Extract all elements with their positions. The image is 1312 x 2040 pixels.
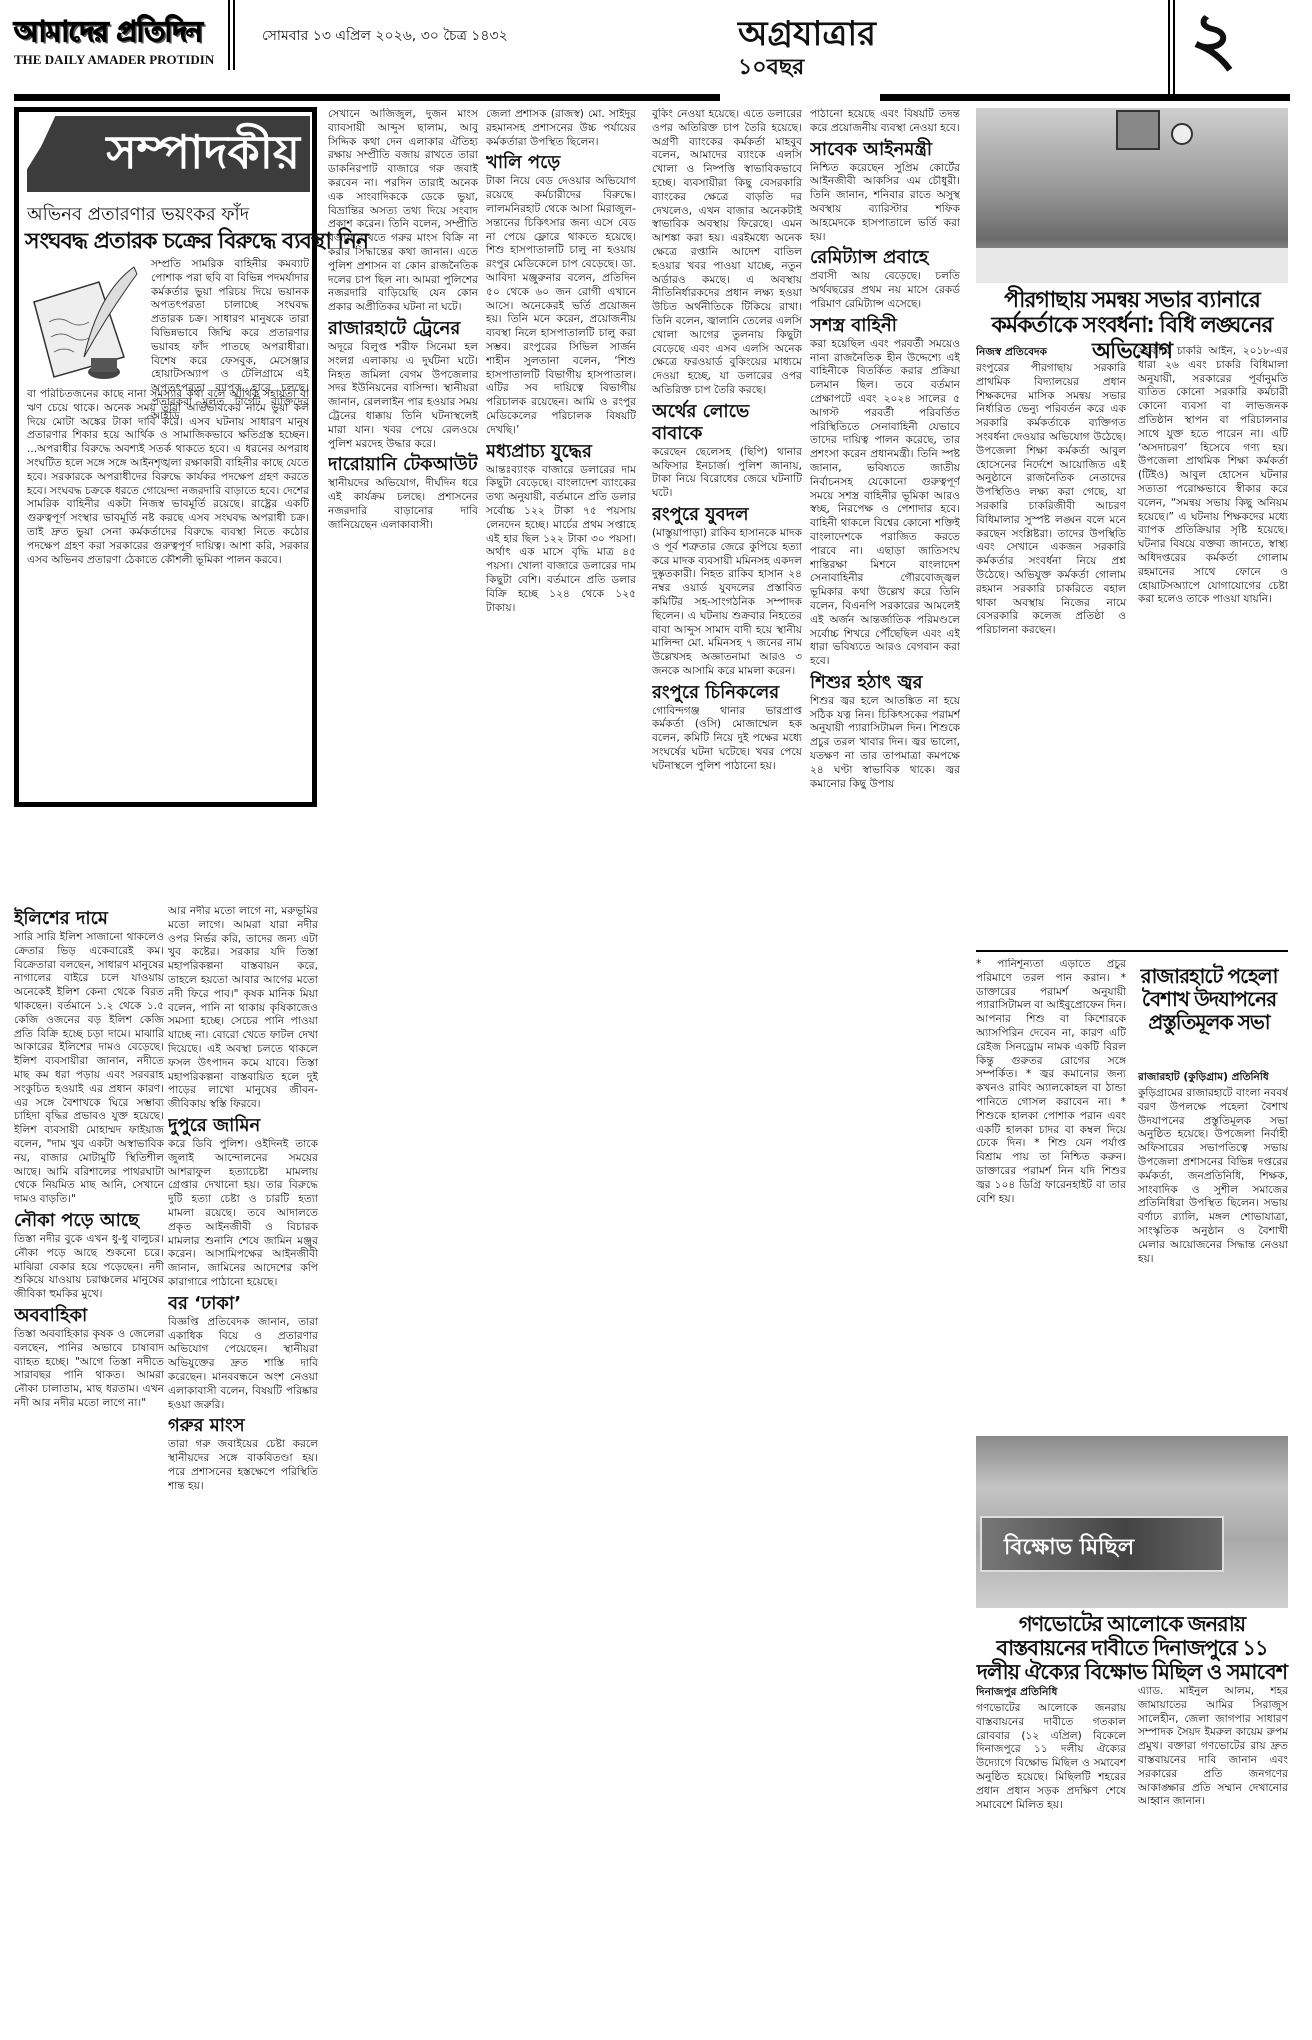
article-body: তিস্তা নদীর বুকে এখন ধু-ধু বালুচর। নৌকা … [14, 1233, 164, 1302]
protest-banner-text: বিক্ষোভ মিছিল [1004, 1530, 1134, 1567]
section-subhead: রাজারহাটে ট্রেনের [328, 318, 478, 340]
article-body: নিশ্চিত করেছেন সুপ্রিম কোর্টের আইনজীবী আ… [810, 162, 960, 245]
article-headline: গণভোটের আলোকে জনরায় বাস্তবায়নের দাবীতে… [976, 1612, 1288, 1684]
article-body: করেছেন ছেলেসহ (ছিপি) থানার অফিসার ইনচার্… [652, 446, 802, 501]
section-divider [976, 950, 1288, 952]
section-subhead: শিশুর হঠাৎ জ্বর [810, 672, 960, 694]
article-body: তারা গরু জবাইয়ের চেষ্টা করলে স্থানীয়দে… [168, 1438, 318, 1493]
section-subhead: অর্থের লোভে বাবাকে [652, 401, 802, 445]
column-6c: * পানিশূন্যতা এড়াতে প্রচুর পরিমাণে তরল … [976, 958, 1126, 1378]
editorial-body: বা পরিচিতজনের কাছে নানা সমস্যার কথা বলে … [27, 388, 309, 798]
column-6e: দিনাজপুর প্রতিনিধি গণভোটের আলোকে জনরায় … [976, 1685, 1126, 2025]
column-6a: নিজস্ব প্রতিবেদক রংপুরের পীরগাছায় সরকার… [976, 345, 1126, 865]
article-body: বুকিং নেওয়া হয়েছে। এতে ডলারের ওপর অতির… [652, 108, 802, 398]
section-subhead: রংপুরে চিনিকলের [652, 682, 802, 704]
article-body: আন্তঃব্যাংক বাজারে ডলারের দাম কিছুটা বেড… [486, 464, 636, 616]
article-body: টাকা নিয়ে বেড দেওয়ার অভিযোগ রয়েছে কর্… [486, 175, 636, 437]
table [976, 248, 1288, 283]
section-subhead: নৌকা পড়ে আছে [14, 1210, 164, 1232]
article-body: পাঠানো হয়েছে এবং বিষয়টি তদন্ত করে প্রয… [810, 108, 960, 136]
page-number-divider [1168, 0, 1175, 98]
section-subhead: অববাহিকা [14, 1305, 164, 1327]
column-1b: আর নদীর মতো লাগে না, মরুভূমির মতো লাগে। … [168, 905, 318, 2025]
article-body: জেলা প্রশাসক (রাজস্ব) মো. সাইদুর রহমানসহ… [486, 108, 636, 149]
editorial-headline: সংঘবদ্ধ প্রতারক চক্রের বিরুদ্ধে ব্যবস্থা… [25, 224, 368, 261]
section-subhead: সাবেক আইনমন্ত্রী [810, 139, 960, 161]
news-photo-ceremony [976, 108, 1288, 283]
article-body: (মাস্তুয়াপাড়া) রাকিব হাসানকে মাদক ও পূ… [652, 527, 802, 679]
editorial-box: সম্পাদকীয় অভিনব প্রতারণার ভয়ংকর ফাঁদ স… [14, 107, 317, 807]
article-body: তিস্তা অববাহিকার কৃষক ও জেলেরা বলছেন, পা… [14, 1328, 164, 1411]
byline: দিনাজপুর প্রতিনিধি [976, 1685, 1126, 1702]
column-6f: এ্যাড. মাইনুল আলম, শহর জামায়াতের আমির স… [1138, 1685, 1288, 2025]
quill-ink-icon [29, 262, 144, 387]
article-body: স্থানীয়দের অভিযোগ, দীর্ঘদিন ধরে এই কার্… [328, 477, 478, 532]
column-5: পাঠানো হয়েছে এবং বিষয়টি তদন্ত করে প্রয… [810, 108, 960, 2028]
top-rule [14, 94, 324, 101]
article-body: এ্যাড. মাইনুল আলম, শহর জামায়াতের আমির স… [1138, 1685, 1288, 1809]
article-body: গোবিন্দগঞ্জ থানার ভারপ্রাপ্ত কর্মকর্তা (… [652, 705, 802, 774]
newspaper-logo: আমাদের প্রতিদিন [14, 10, 214, 50]
section-subhead: গরুর মাংস [168, 1415, 318, 1437]
byline: রাজারহাট (কুড়িগ্রাম) প্রতিনিধি [1138, 1070, 1288, 1087]
page-number: ২ [1190, 2, 1237, 74]
article-body: অদূরে বিলুপ্ত শরীফ সিনেমা হল সংলগ্ন এলাক… [328, 341, 478, 451]
section-subhead: দুপুরে জামিন [168, 1115, 318, 1137]
article-body: রংপুরের পীরগাছায় সরকারি প্রাথমিক বিদ্যা… [976, 362, 1126, 638]
column-2: সেখানে আজিজুল, দুজন মাংস ব্যাবসায়ী আব্দ… [328, 108, 478, 2028]
article-body: * পানিশূন্যতা এড়াতে প্রচুর পরিমাণে তরল … [976, 958, 1126, 1206]
portrait-frame [1116, 110, 1160, 150]
newspaper-english-name: THE DAILY AMADER PROTIDIN [14, 52, 214, 68]
column-3: জেলা প্রশাসক (রাজস্ব) মো. সাইদুর রহমানসহ… [486, 108, 636, 2028]
anniversary-years: ১০বছর [738, 50, 804, 87]
section-subhead: মধ্যপ্রাচ্য যুদ্ধের [486, 441, 636, 463]
editorial-banner-text: সম্পাদকীয় [106, 118, 300, 194]
wall-clock-icon [1171, 123, 1193, 145]
top-rule [320, 94, 720, 101]
article-body: আর নদীর মতো লাগে না, মরুভূমির মতো লাগে। … [168, 905, 318, 1112]
section-subhead: দারোয়ানি টেকআউট [328, 454, 478, 476]
top-rule [880, 94, 1290, 101]
article-body: করে ডিবি পুলিশ। ওইদিনই তাকে জুলাই আন্দোল… [168, 1138, 318, 1290]
section-subhead: সশস্ত্র বাহিনী [810, 315, 960, 337]
protest-banner: বিক্ষোভ মিছিল [980, 1516, 1224, 1572]
article-body: করা হয়েছিল এবং পরবর্তী সময়েও নানা রাজন… [810, 338, 960, 669]
article-body: বিজ্ঞপ্তি প্রতিবেদক জানান, তারা একাধিক ব… [168, 1316, 318, 1413]
section-subhead: রংপুরে যুবদল [652, 504, 802, 526]
column-1a: ইলিশের দামে সারি সারি ইলিশ সাজানো থাকলেও… [14, 905, 164, 2025]
article-body: সারি সারি ইলিশ সাজানো থাকলেও ক্রেতার ভিড… [14, 931, 164, 1207]
byline: নিজস্ব প্রতিবেদক [976, 345, 1126, 362]
column-6b: সরকারি চাকরি আইন, ২০১৮-এর ধারা ২৬ এবং চা… [1138, 345, 1288, 865]
section-subhead: ইলিশের দামে [14, 908, 164, 930]
editorial-banner: সম্পাদকীয় [27, 116, 310, 192]
section-subhead: রেমিট্যান্স প্রবাহে [810, 247, 960, 269]
article-body: শিশুর জ্বর হলে আতঙ্কিত না হয়ে সঠিক যত্ন… [810, 695, 960, 792]
section-subhead: খালি পড়ে [486, 152, 636, 174]
masthead-divider [228, 0, 235, 70]
news-photo-protest: বিক্ষোভ মিছিল [976, 1436, 1288, 1608]
column-6d: রাজারহাট (কুড়িগ্রাম) প্রতিনিধি কুড়িগ্র… [1138, 1070, 1288, 1430]
article-headline: রাজারহাটে পহেলা বৈশাখ উদযাপনের প্রস্তুতি… [1130, 965, 1288, 1034]
section-subhead: বর ‘ঢাকা’ [168, 1293, 318, 1315]
article-body: কুড়িগ্রামের রাজারহাটে বাংলা নববর্ষ বরণ … [1138, 1087, 1288, 1266]
article-body: সরকারি চাকরি আইন, ২০১৮-এর ধারা ২৬ এবং চা… [1138, 345, 1288, 607]
article-body: সেখানে আজিজুল, দুজন মাংস ব্যাবসায়ী আব্দ… [328, 108, 478, 315]
column-4: বুকিং নেওয়া হয়েছে। এতে ডলারের ওপর অতির… [652, 108, 802, 2028]
article-body: গণভোটের আলোকে জনরায় বাস্তবায়নের দাবীতে… [976, 1702, 1126, 1812]
issue-date: সোমবার ১৩ এপ্রিল ২০২৬, ৩০ চৈত্র ১৪৩২ [262, 24, 508, 48]
article-body: প্রবাসী আয় বেড়েছে। চলতি অর্থবছরের প্রথ… [810, 270, 960, 311]
